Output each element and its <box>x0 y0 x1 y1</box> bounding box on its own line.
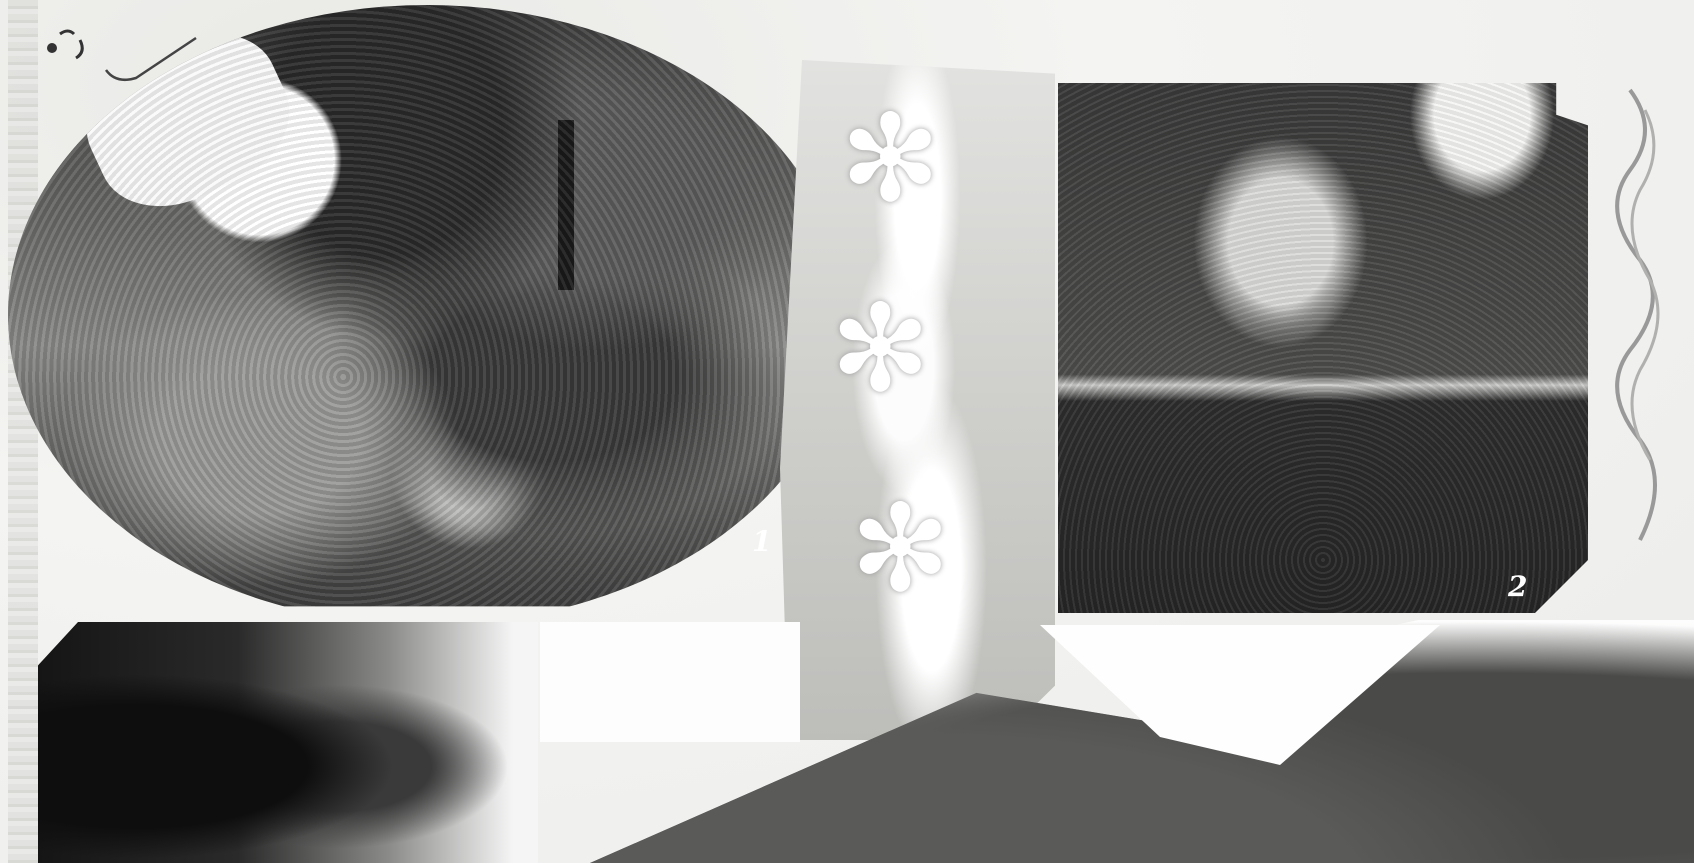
flannel-flower-icon: ✻ <box>830 290 931 410</box>
floral-panel: ✻ ✻ ✻ <box>780 60 1055 740</box>
photo-pole <box>558 120 574 290</box>
photo-quarry-circle <box>8 5 846 625</box>
photo-label-2: 2 <box>1508 570 1527 603</box>
photo-sky-bright <box>540 622 800 742</box>
wave-swirl-ornament-icon <box>1590 80 1670 600</box>
flannel-flower-icon: ✻ <box>850 490 951 610</box>
flannel-flower-icon: ✻ <box>840 100 941 220</box>
photo-label-1: 1 <box>752 525 771 558</box>
photo-tree-foliage <box>38 622 538 863</box>
newspaper-page: 1 ✻ ✻ ✻ 2 <box>0 0 1694 863</box>
photo-boulder-cave <box>1058 83 1588 613</box>
photo-sky-patch <box>66 10 311 230</box>
